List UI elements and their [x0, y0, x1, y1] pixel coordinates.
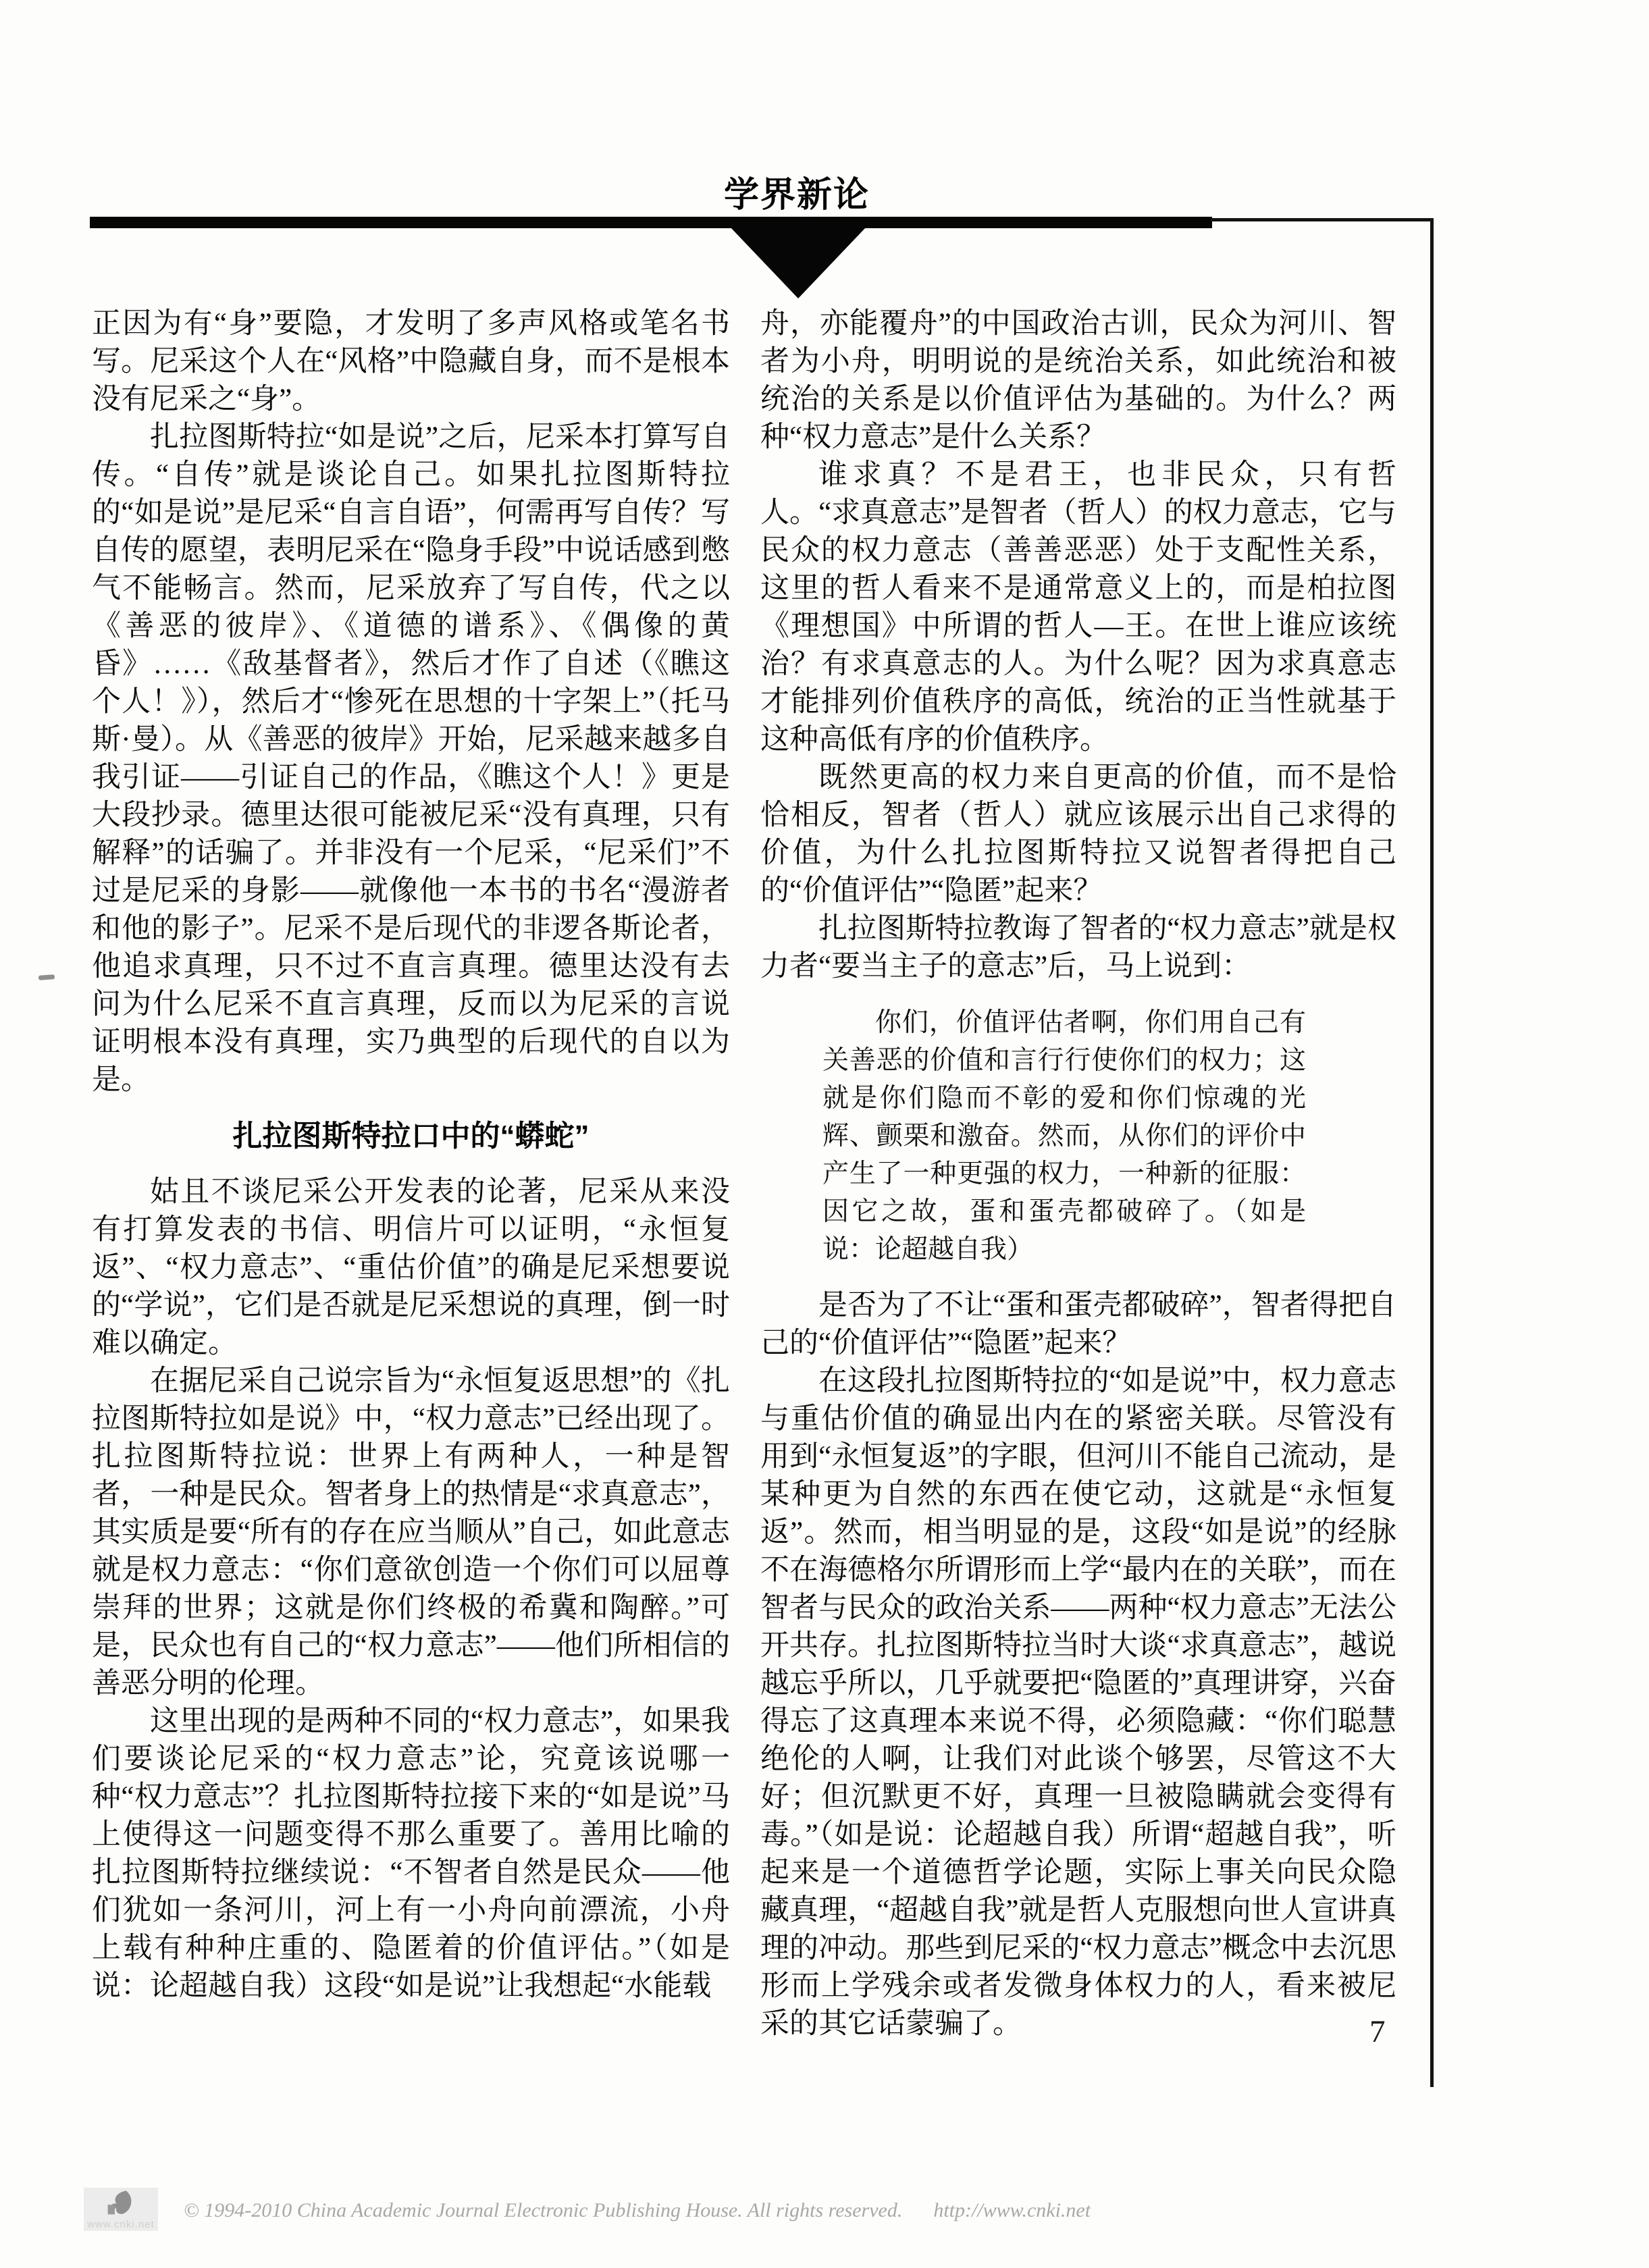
cnki-logo-url: www.cnki.net	[84, 2219, 158, 2230]
header-rule-thick	[90, 217, 1212, 228]
paragraph: 扎拉图斯特拉教诲了智者的“权力意志”就是权力者“要当主子的意志”后，马上说到：	[760, 910, 1396, 986]
page-number: 7	[1369, 2013, 1386, 2050]
section-heading: 扎拉图斯特拉口中的“蟒蛇”	[92, 1117, 730, 1155]
scan-margin-mark	[38, 974, 55, 980]
cnki-logo: www.cnki.net	[84, 2188, 158, 2231]
journal-page: 学界新论 正因为有“身”要隐，才发明了多声风格或笔名书写。尼采这个人在“风格”中…	[0, 0, 1649, 2268]
paragraph: 舟，亦能覆舟”的中国政治古训，民众为河川、智者为小舟，明明说的是统治关系，如此统…	[760, 305, 1396, 456]
right-column: 舟，亦能覆舟”的中国政治古训，民众为河川、智者为小舟，明明说的是统治关系，如此统…	[760, 305, 1396, 2043]
block-quote: 你们，价值评估者啊，你们用自己有关善恶的价值和言行行使你们的权力；这就是你们隐而…	[822, 1004, 1306, 1269]
right-margin-rule	[1430, 218, 1434, 2087]
left-column: 正因为有“身”要隐，才发明了多声风格或笔名书写。尼采这个人在“风格”中隐藏自身，…	[92, 305, 730, 2005]
paragraph: 谁求真？不是君王，也非民众，只有哲人。“求真意志”是智者（哲人）的权力意志，它与…	[760, 456, 1396, 759]
copyright-text: © 1994-2010 China Academic Journal Elect…	[184, 2199, 902, 2221]
page-title: 学界新论	[724, 166, 870, 217]
paragraph: 既然更高的权力来自更高的价值，而不是恰恰相反，智者（哲人）就应该展示出自己求得的…	[760, 759, 1396, 910]
paragraph: 正因为有“身”要隐，才发明了多声风格或笔名书写。尼采这个人在“风格”中隐藏自身，…	[92, 305, 730, 419]
cnki-url: http://www.cnki.net	[933, 2199, 1091, 2221]
paragraph: 是否为了不让“蛋和蛋壳都破碎”，智者得把自己的“价值评估”“隐匿”起来？	[760, 1287, 1396, 1363]
header-rule-thin	[1211, 218, 1434, 221]
paragraph: 在这段扎拉图斯特拉的“如是说”中，权力意志与重估价值的确显出内在的紧密关联。尽管…	[760, 1363, 1396, 2043]
paragraph: 这里出现的是两种不同的“权力意志”，如果我们要谈论尼采的“权力意志”论，究竟该说…	[92, 1703, 730, 2005]
footer: © 1994-2010 China Academic Journal Elect…	[184, 2196, 1091, 2225]
paragraph: 姑且不谈尼采公开发表的论著，尼采从来没有打算发表的书信、明信片可以证明，“永恒复…	[92, 1173, 730, 1363]
paragraph: 在据尼采自己说宗旨为“永恒复返思想”的《扎拉图斯特拉如是说》中，“权力意志”已经…	[92, 1363, 730, 1703]
paragraph: 扎拉图斯特拉“如是说”之后，尼采本打算写自传。“自传”就是谈论自己。如果扎拉图斯…	[92, 419, 730, 1099]
triangle-down-icon	[731, 228, 866, 298]
